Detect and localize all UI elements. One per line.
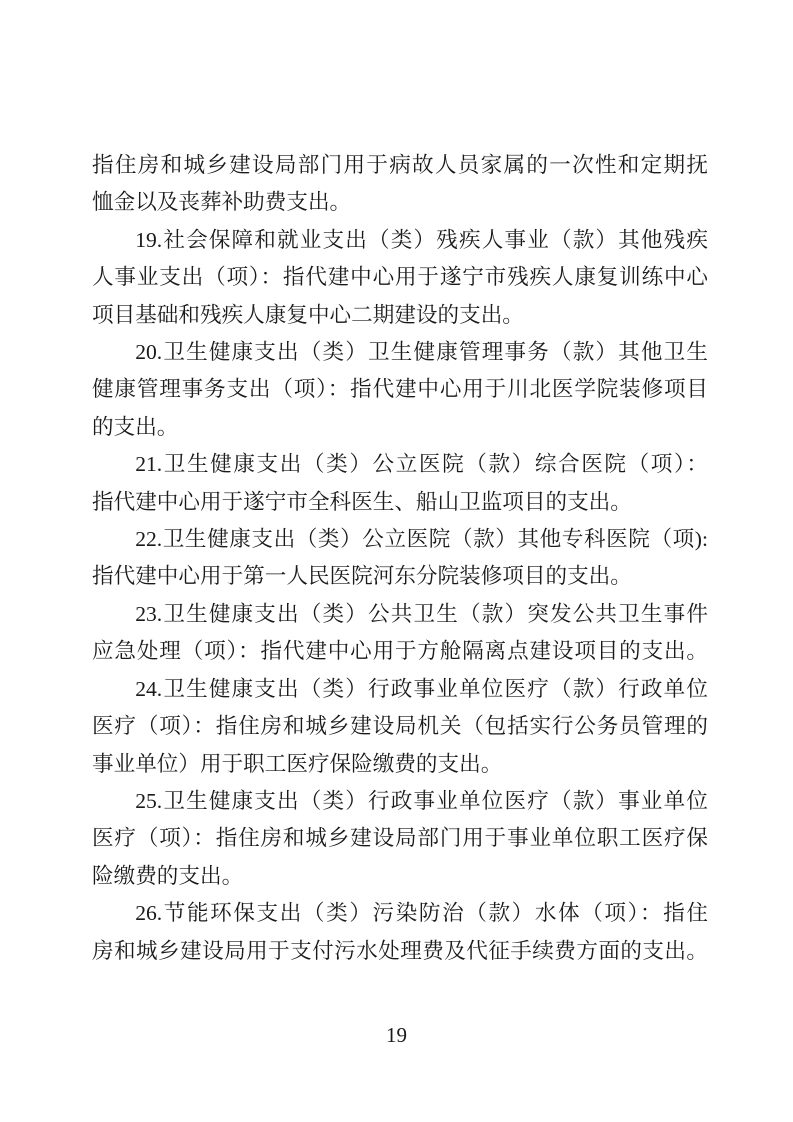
text-line: 医疗（项）：指住房和城乡建设局机关（包括实行公务员管理的 <box>92 708 708 745</box>
document-body: 指住房和城乡建设局部门用于病故人员家属的一次性和定期抚 恤金以及丧葬补助费支出。… <box>92 147 708 970</box>
text-line: 25.卫生健康支出（类）行政事业单位医疗（款）事业单位 <box>92 783 708 820</box>
paragraph-24: 24.卫生健康支出（类）行政事业单位医疗（款）行政单位 医疗（项）：指住房和城乡… <box>92 671 708 783</box>
text-line: 指代建中心用于遂宁市全科医生、船山卫监项目的支出。 <box>92 484 708 521</box>
paragraph-19: 19.社会保障和就业支出（类）残疾人事业（款）其他残疾 人事业支出（项）：指代建… <box>92 222 708 334</box>
paragraph-20: 20.卫生健康支出（类）卫生健康管理事务（款）其他卫生 健康管理事务支出（项）：… <box>92 334 708 446</box>
page-number: 19 <box>0 1017 793 1054</box>
text-line: 22.卫生健康支出（类）公立医院（款）其他专科医院（项): <box>92 521 708 558</box>
text-line: 房和城乡建设局用于支付污水处理费及代征手续费方面的支出。 <box>92 933 708 970</box>
text-line: 应急处理（项）：指代建中心用于方舱隔离点建设项目的支出。 <box>92 633 708 670</box>
text-line: 26.节能环保支出（类）污染防治（款）水体（项）：指住 <box>92 895 708 932</box>
paragraph-21: 21.卫生健康支出（类）公立医院（款）综合医院（项）： 指代建中心用于遂宁市全科… <box>92 446 708 521</box>
text-line: 险缴费的支出。 <box>92 858 708 895</box>
paragraph-18-continuation: 指住房和城乡建设局部门用于病故人员家属的一次性和定期抚 恤金以及丧葬补助费支出。 <box>92 147 708 222</box>
text-line: 指住房和城乡建设局部门用于病故人员家属的一次性和定期抚 <box>92 147 708 184</box>
text-line: 19.社会保障和就业支出（类）残疾人事业（款）其他残疾 <box>92 222 708 259</box>
document-page: 指住房和城乡建设局部门用于病故人员家属的一次性和定期抚 恤金以及丧葬补助费支出。… <box>0 0 793 1122</box>
text-line: 24.卫生健康支出（类）行政事业单位医疗（款）行政单位 <box>92 671 708 708</box>
paragraph-23: 23.卫生健康支出（类）公共卫生（款）突发公共卫生事件 应急处理（项）：指代建中… <box>92 596 708 671</box>
text-line: 的支出。 <box>92 409 708 446</box>
text-line: 恤金以及丧葬补助费支出。 <box>92 184 708 221</box>
text-line: 事业单位）用于职工医疗保险缴费的支出。 <box>92 746 708 783</box>
text-line: 23.卫生健康支出（类）公共卫生（款）突发公共卫生事件 <box>92 596 708 633</box>
text-line: 健康管理事务支出（项）：指代建中心用于川北医学院装修项目 <box>92 371 708 408</box>
paragraph-26: 26.节能环保支出（类）污染防治（款）水体（项）：指住 房和城乡建设局用于支付污… <box>92 895 708 970</box>
paragraph-22: 22.卫生健康支出（类）公立医院（款）其他专科医院（项): 指代建中心用于第一人… <box>92 521 708 596</box>
paragraph-25: 25.卫生健康支出（类）行政事业单位医疗（款）事业单位 医疗（项）：指住房和城乡… <box>92 783 708 895</box>
text-line: 20.卫生健康支出（类）卫生健康管理事务（款）其他卫生 <box>92 334 708 371</box>
text-line: 医疗（项）：指住房和城乡建设局部门用于事业单位职工医疗保 <box>92 820 708 857</box>
text-line: 人事业支出（项）：指代建中心用于遂宁市残疾人康复训练中心 <box>92 259 708 296</box>
text-line: 21.卫生健康支出（类）公立医院（款）综合医院（项）： <box>92 446 708 483</box>
text-line: 指代建中心用于第一人民医院河东分院装修项目的支出。 <box>92 558 708 595</box>
text-line: 项目基础和残疾人康复中心二期建设的支出。 <box>92 297 708 334</box>
